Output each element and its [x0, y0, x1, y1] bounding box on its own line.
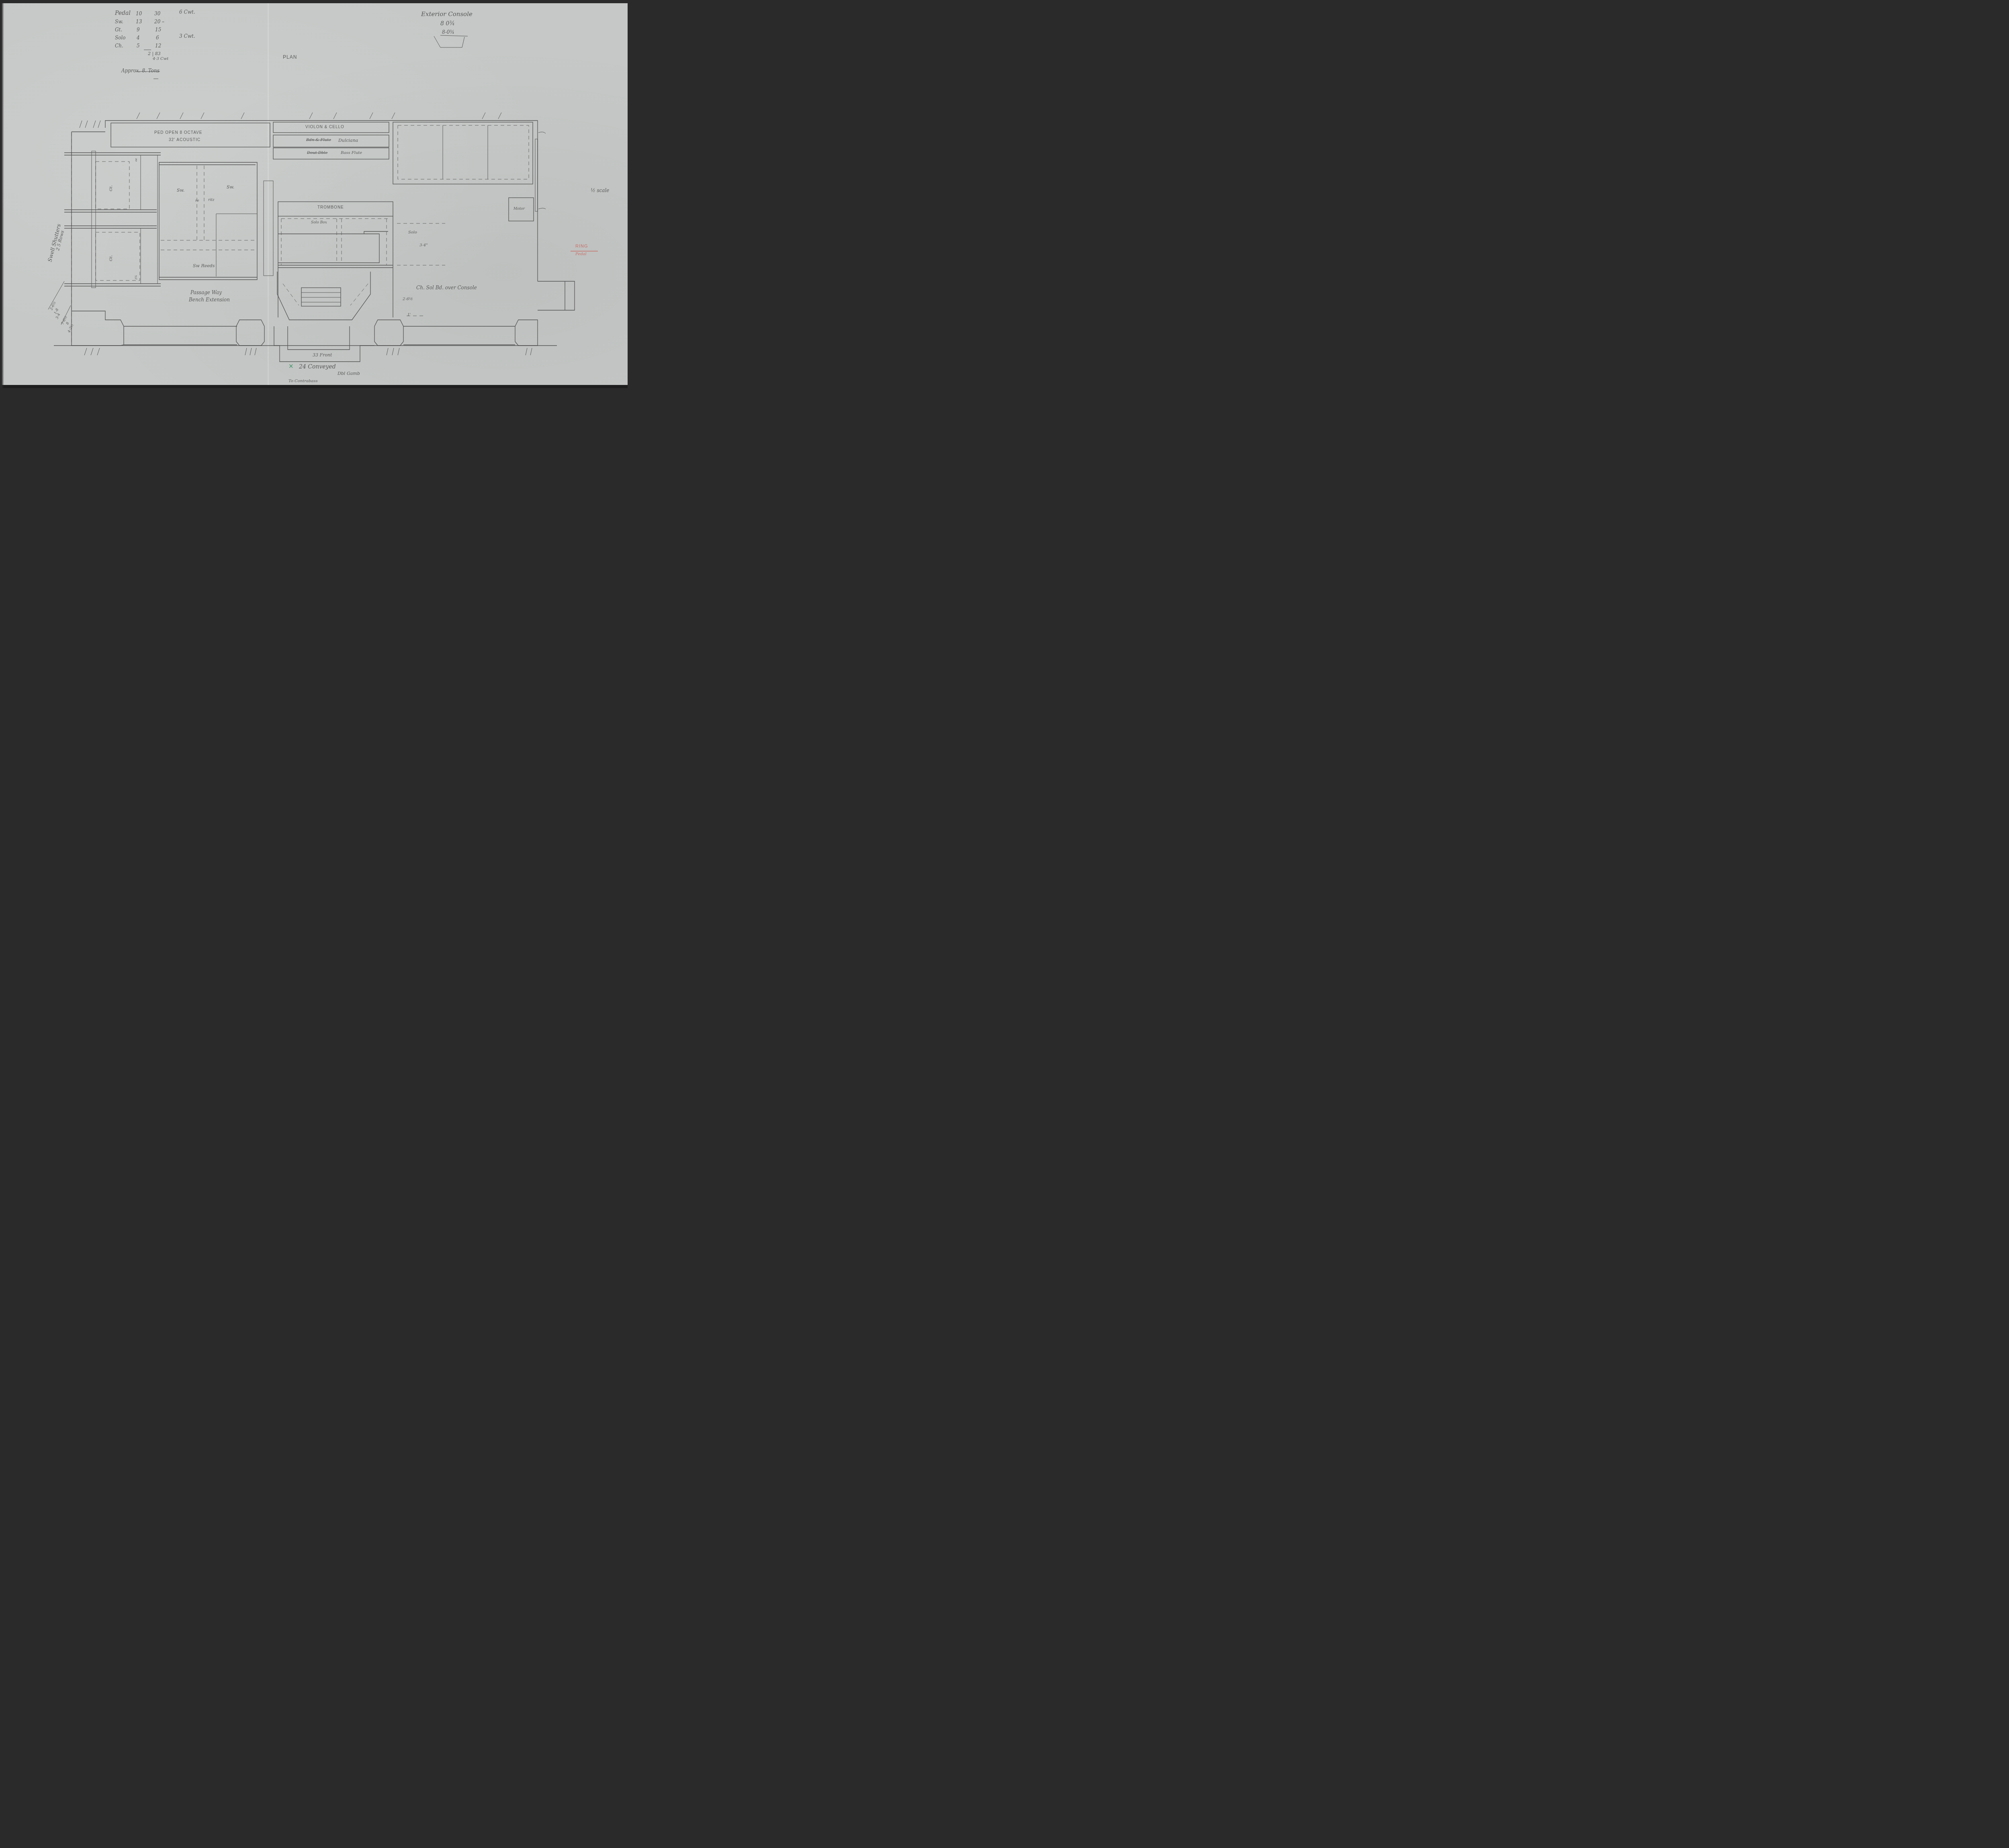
calc-row-1-note: 6 Cwt.: [179, 10, 195, 14]
motor-label: Motor: [514, 207, 525, 211]
solo-label: Solo: [408, 231, 417, 235]
swell-ritz-label: ritz: [208, 199, 215, 202]
console-well: [277, 272, 370, 320]
calc-row-3-b: 15: [155, 27, 161, 32]
console-steps: [301, 288, 341, 306]
swell-box-center: [159, 162, 257, 280]
pedal-red-label: Pedal: [575, 252, 587, 256]
calc-approx-tons: Approx. 8. Tons: [121, 68, 160, 73]
swell-right-label: Sw.: [227, 185, 234, 189]
double-gamba-note: Dbl Gamb: [338, 371, 360, 376]
bass-flute-label: Bass Flute: [341, 151, 362, 155]
great-small-label-2: 2¾: [135, 275, 138, 280]
choir-over-console-note: Ch. Sol Bd. over Console: [416, 285, 477, 290]
green-x-mark-icon: ×: [288, 363, 294, 369]
calc-row-4-note: 3 Cwt.: [179, 34, 195, 39]
calc-result: 4·3 Cwt: [153, 57, 168, 61]
trombone-label: Trombone: [317, 206, 344, 210]
great-chest-2-label: Gt.: [109, 255, 113, 261]
pier-right: [515, 320, 538, 346]
calc-row-4-b: 6: [156, 35, 159, 40]
pier-2: [236, 320, 264, 346]
dimension-1ft: 1': [407, 313, 411, 317]
solo-box-label: Solo Box: [311, 221, 327, 225]
dulciana-label: Dulciana: [338, 138, 358, 143]
calc-row-5-b: 12: [155, 43, 161, 48]
right-annex: [538, 281, 575, 310]
passage-way-label: Passage Way: [190, 290, 222, 295]
calc-row-1-b: 30: [154, 11, 160, 16]
dimension-2-6: 2-6½: [403, 297, 413, 301]
outer-wall-left: [72, 132, 105, 346]
pedal-open-chest: [111, 123, 270, 147]
swell-reeds-label: Sw Reeds: [193, 264, 215, 268]
great-frame-post: [92, 151, 96, 288]
conveyed-note: 24 Conveyed: [299, 364, 336, 370]
swell-left-label: Sw.: [177, 188, 184, 192]
pedal-open-label: Ped Open 8 Octave: [154, 131, 202, 135]
bench-extension-label: Bench Extension: [189, 297, 230, 302]
pier-3: [374, 320, 403, 346]
shutter-rail: [535, 139, 538, 211]
dulciana-chest: [273, 135, 389, 147]
bourdon-flute-struck-label: Bdn & Flute: [306, 138, 331, 142]
ring-pedal-red-label: RING: [575, 244, 588, 249]
double-dulciana-struck-label: Dout Dble: [307, 151, 327, 155]
calc-division: 2 | 83: [148, 51, 161, 56]
swell-re-label: re: [195, 199, 199, 203]
calc-row-2-a: 13: [136, 19, 142, 24]
scale-note: ½ scale: [591, 188, 609, 193]
console-sketch: [434, 36, 464, 47]
calc-row-1-a: 10: [136, 11, 142, 16]
solo-dimension: 3-4": [419, 244, 428, 248]
violon-cello-label: Violon & Cello: [305, 125, 344, 129]
calc-row-5-division: Ch.: [115, 43, 123, 48]
calc-row-4-a: 4: [137, 35, 140, 40]
pedal-acoustic-label: 32' Acoustic: [169, 138, 200, 142]
calc-row-4-division: Solo: [115, 35, 126, 40]
great-small-label-1: oe: [135, 158, 138, 162]
calc-row-2-division: Sw.: [115, 19, 123, 24]
plan-title: PLAN: [283, 55, 297, 59]
bass-flute-chest: [273, 148, 389, 159]
to-contrabass-note: To Contrabass: [288, 379, 318, 383]
console-note-title: Exterior Console: [421, 11, 473, 17]
outer-wall-back: [105, 121, 538, 281]
great-rail-top: [64, 153, 161, 155]
right-swell-box: [393, 122, 533, 184]
center-upright: [264, 181, 273, 276]
front-pipes-label: 33 Front: [313, 353, 332, 357]
pier-left: [72, 311, 124, 346]
console-dim-bottom: 8-0¾: [442, 30, 454, 35]
floor-plan-drawing: [0, 0, 630, 388]
great-chest-1-label: Gt.: [109, 185, 113, 191]
calc-row-2-b: 20 –: [154, 19, 164, 24]
calc-row-3-a: 9: [137, 27, 140, 32]
calc-row-5-a: 5: [137, 43, 140, 48]
console-dim-top: 8 0¾: [440, 21, 455, 27]
great-chest-2: [96, 232, 140, 280]
calc-row-3-division: Gt.: [115, 27, 122, 32]
wall-hatching-bottom: [84, 348, 532, 355]
calc-row-1-division: Pedal: [115, 10, 131, 16]
